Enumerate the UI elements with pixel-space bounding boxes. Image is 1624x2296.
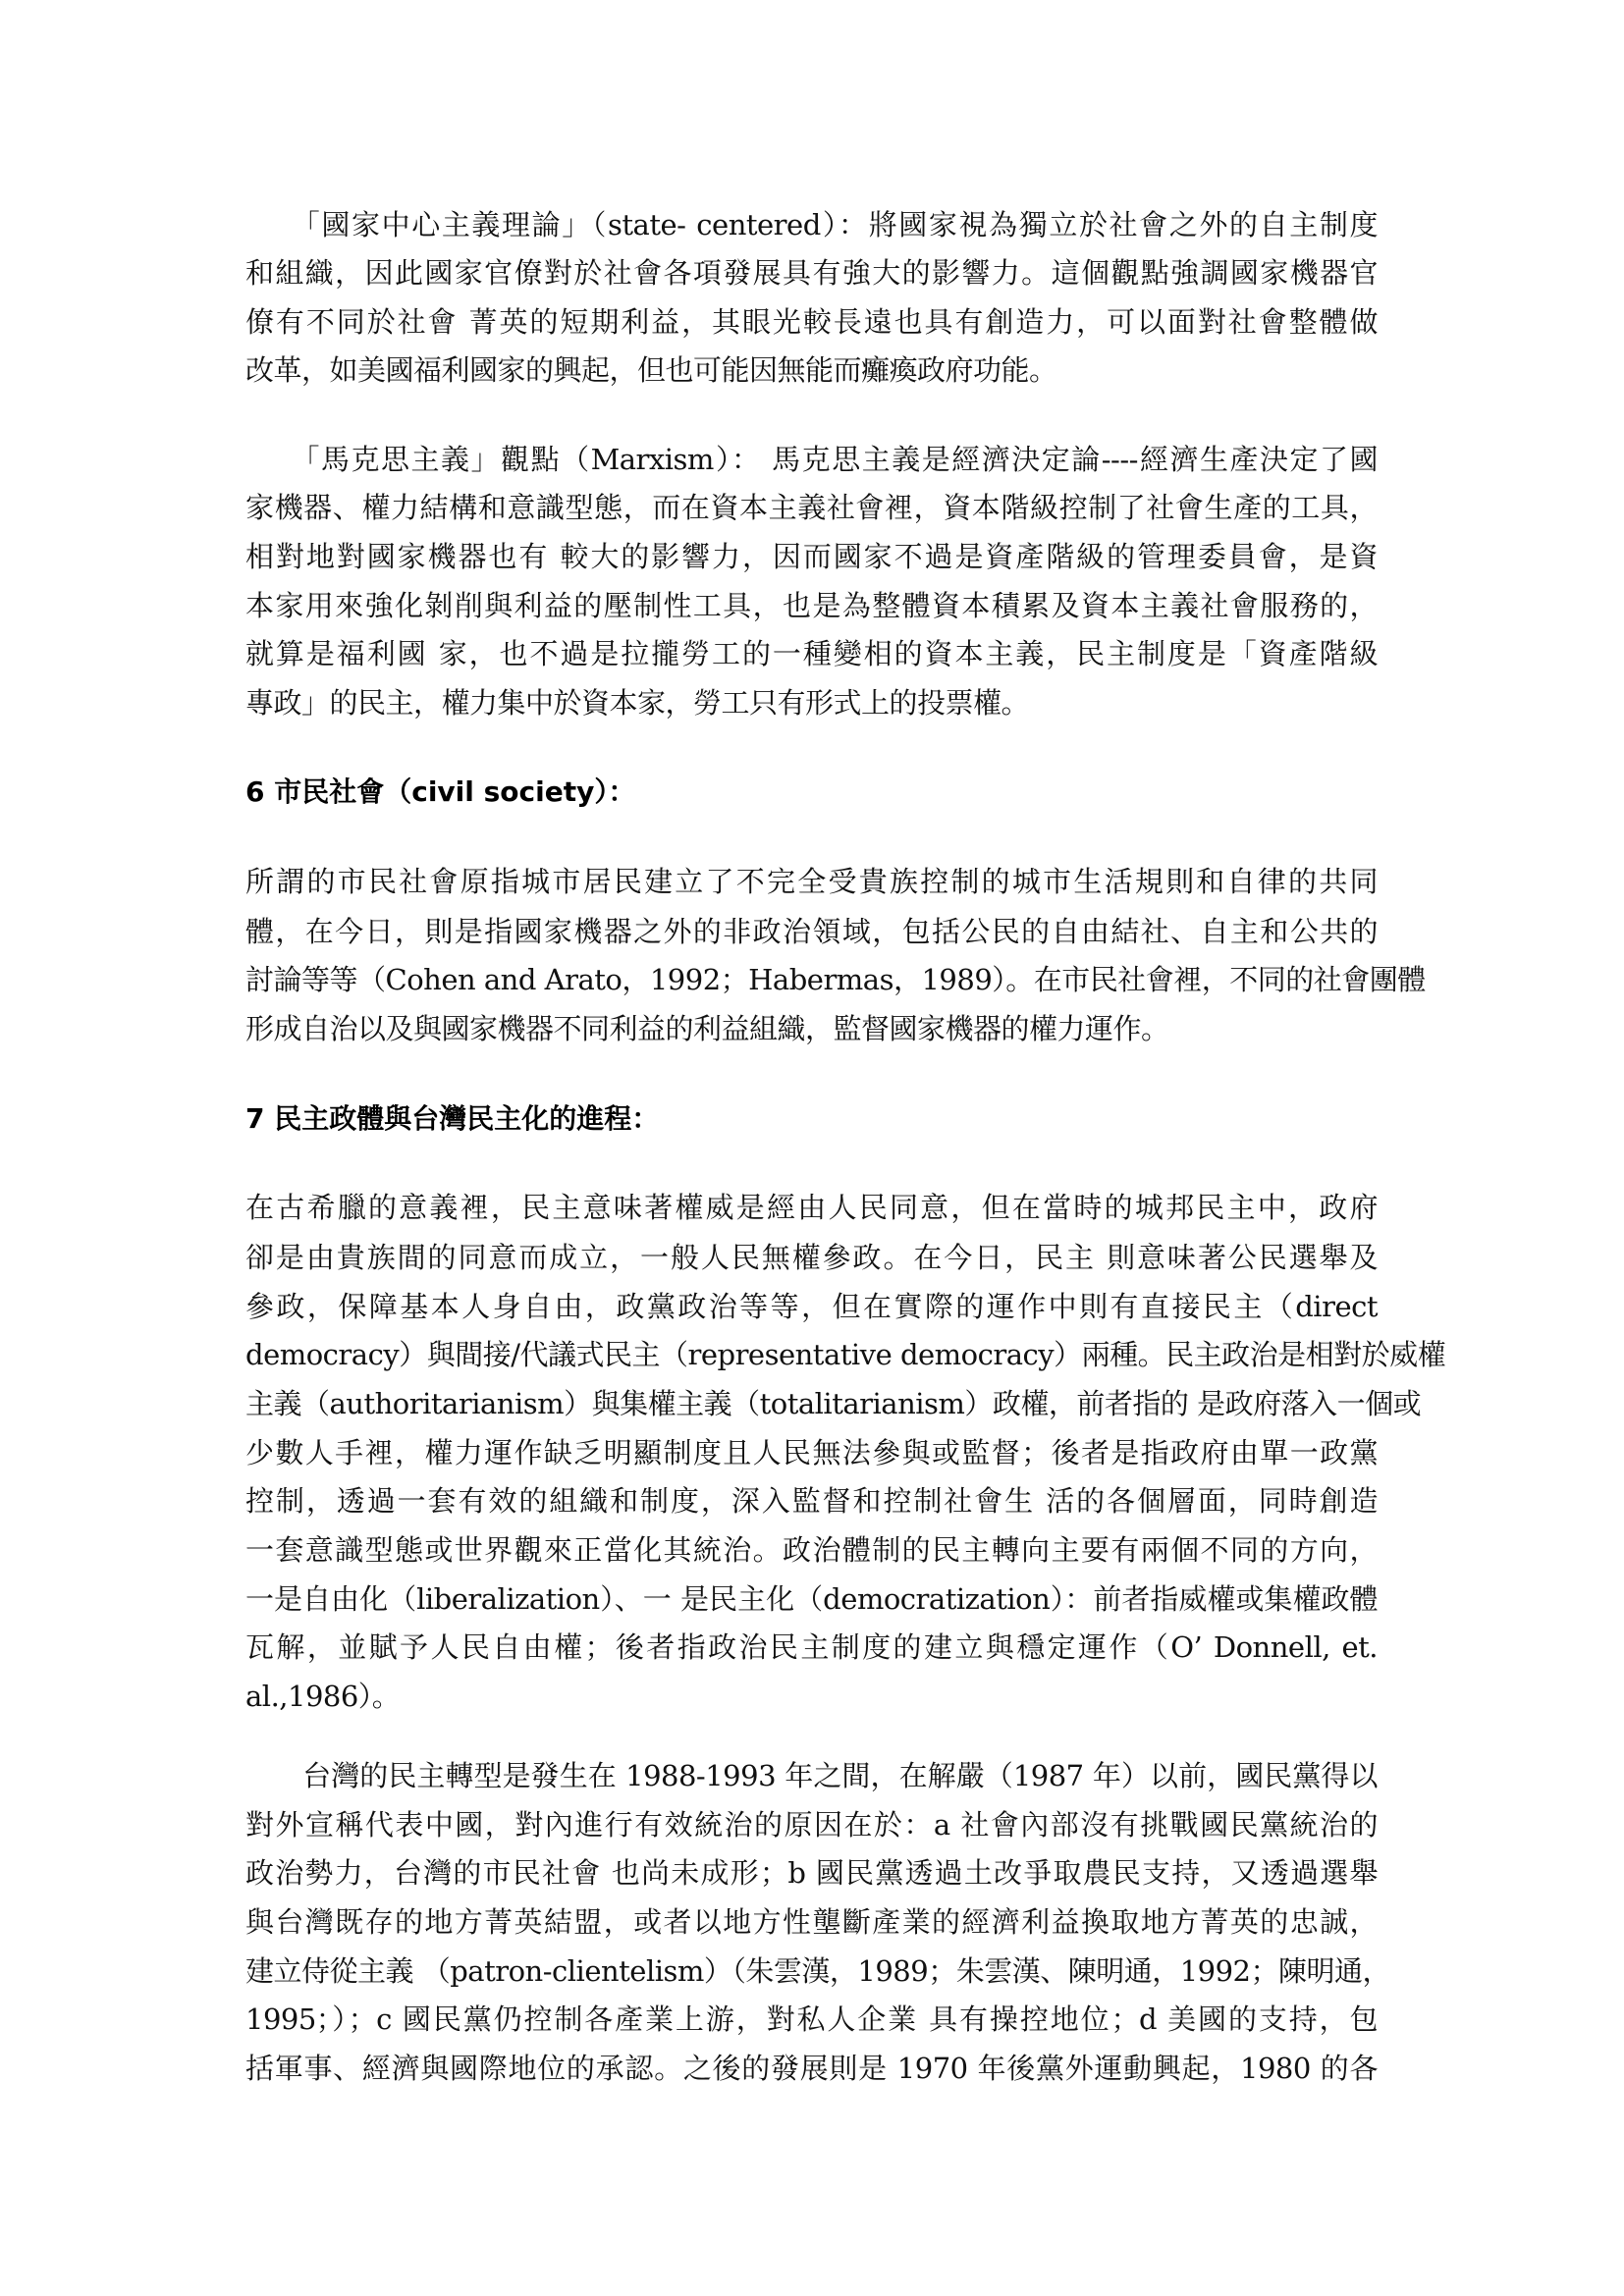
text-line: 括軍事、經濟與國際地位的承認。之後的發展則是 1970 年後黨外運動興起，198…	[245, 2049, 1378, 2088]
text-line: 和組織，因此國家官僚對於社會各項發展具有強大的影響力。這個觀點強調國家機器官	[245, 253, 1378, 293]
text-line: 所謂的市民社會原指城市居民建立了不完全受貴族控制的城市生活規則和自律的共同	[245, 862, 1378, 901]
text-line: 就算是福利國 家，也不過是拉攏勞工的一種變相的資本主義，民主制度是「資產階級	[245, 634, 1378, 673]
section-heading-civil-society: 6 市民社會（civil society）：	[245, 773, 635, 812]
text-line: 體，在今日，則是指國家機器之外的非政治領域，包括公民的自由結社、自主和公共的	[245, 912, 1378, 951]
text-line: 家機器、權力結構和意識型態，而在資本主義社會裡，資本階級控制了社會生產的工具，	[245, 488, 1378, 527]
text-line: 卻是由貴族間的同意而成立，一般人民無權參政。在今日，民主 則意味著公民選舉及	[245, 1238, 1378, 1277]
text-line: 專政」的民主，權力集中於資本家，勞工只有形式上的投票權。	[245, 683, 1378, 722]
section-heading-democracy-taiwan: 7 民主政體與台灣民主化的進程：	[245, 1099, 659, 1139]
text-line: 對外宣稱代表中國，對內進行有效統治的原因在於：a 社會內部沒有挑戰國民黨統治的	[245, 1805, 1378, 1844]
text-line: 參政，保障基本人身自由，政黨政治等等，但在實際的運作中則有直接民主（direct	[245, 1287, 1378, 1326]
text-line: 形成自治以及與國家機器不同利益的利益組織，監督國家機器的權力運作。	[245, 1009, 1378, 1048]
text-line: 主義（authoritarianism）與集權主義（totalitarianis…	[245, 1384, 1378, 1423]
text-line: 瓦解，並賦予人民自由權；後者指政治民主制度的建立與穩定運作（O’ Donnell…	[245, 1628, 1378, 1667]
text-line: 改革，如美國福利國家的興起，但也可能因無能而癱瘓政府功能。	[245, 350, 1378, 390]
text-line: 控制，透過一套有效的組織和制度，深入監督和控制社會生 活的各個層面，同時創造	[245, 1481, 1378, 1521]
text-line: 一套意識型態或世界觀來正當化其統治。政治體制的民主轉向主要有兩個不同的方向，	[245, 1530, 1378, 1570]
text-line: 僚有不同於社會 菁英的短期利益，其眼光較長遠也具有創造力，可以面對社會整體做	[245, 302, 1378, 342]
text-line: 本家用來強化剝削與利益的壓制性工具，也是為整體資本積累及資本主義社會服務的，	[245, 586, 1378, 625]
text-line: 政治勢力，台灣的市民社會 也尚未成形；b 國民黨透過土改爭取農民支持，又透過選舉	[245, 1853, 1378, 1893]
text-line: democracy）與間接/代議式民主（representative democ…	[245, 1335, 1378, 1374]
document-page: 「國家中心主義理論」（state- centered）：將國家視為獨立於社會之外…	[0, 0, 1624, 2296]
text-line: 1995；）；c 國民黨仍控制各產業上游，對私人企業 具有操控地位；d 美國的支…	[245, 2000, 1378, 2039]
text-line: 與台灣既存的地方菁英結盟，或者以地方性壟斷產業的經濟利益換取地方菁英的忠誠，	[245, 1902, 1378, 1942]
text-line: 相對地對國家機器也有 較大的影響力，因而國家不過是資產階級的管理委員會，是資	[245, 537, 1378, 576]
text-line: 一是自由化（liberalization）、一 是民主化（democratiza…	[245, 1579, 1378, 1619]
text-line: 討論等等（Cohen and Arato，1992；Habermas，1989）…	[245, 960, 1378, 999]
text-line: 「國家中心主義理論」（state- centered）：將國家視為獨立於社會之外…	[245, 205, 1378, 244]
text-line: 建立侍從主義 （patron-clientelism）（朱雲漢，1989；朱雲漢…	[245, 1951, 1378, 1991]
text-line: 在古希臘的意義裡，民主意味著權威是經由人民同意，但在當時的城邦民主中，政府	[245, 1188, 1378, 1227]
text-line: 少數人手裡，權力運作缺乏明顯制度且人民無法參與或監督；後者是指政府由單一政黨	[245, 1433, 1378, 1472]
text-line: 「馬克思主義」觀點（Marxism）： 馬克思主義是經濟決定論----經濟生產決…	[245, 440, 1378, 479]
text-line: al.,1986）。	[245, 1677, 1378, 1716]
text-line: 台灣的民主轉型是發生在 1988-1993 年之間，在解嚴（1987 年）以前，…	[245, 1756, 1378, 1795]
